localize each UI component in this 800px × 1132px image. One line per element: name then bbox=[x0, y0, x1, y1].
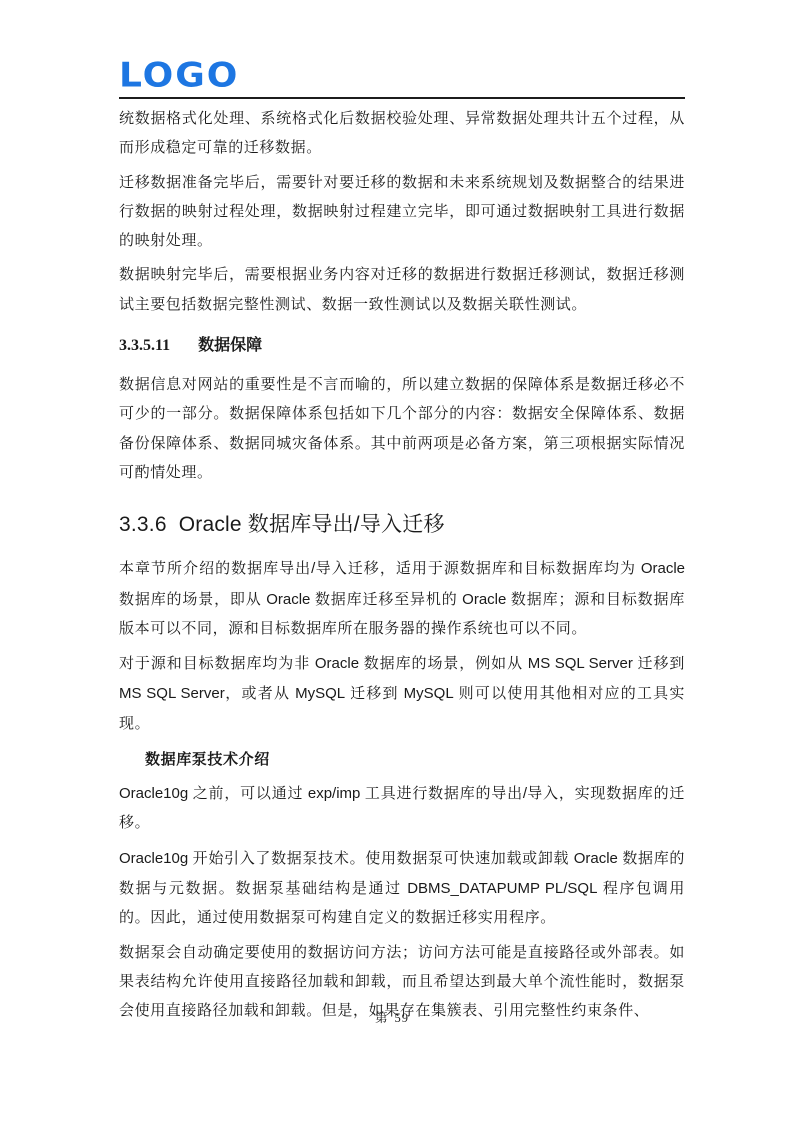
company-logo: LOGO bbox=[119, 58, 685, 94]
subheading-datapump-intro: 数据库泵技术介绍 bbox=[119, 749, 685, 771]
paragraph-migration-testing: 数据映射完毕后，需要根据业务内容对迁移的数据进行数据迁移测试，数据迁移测试主要包… bbox=[119, 261, 685, 320]
paragraph-oracle-scope: 本章节所介绍的数据库导出/导入迁移，适用于源数据库和目标数据库均为 Oracle… bbox=[119, 554, 685, 644]
paragraph-data-protection: 数据信息对网站的重要性是不言而喻的，所以建立数据的保障体系是数据迁移必不可少的一… bbox=[119, 371, 685, 488]
page-content: LOGO 统数据格式化处理、系统格式化后数据校验处理、异常数据处理共计五个过程，… bbox=[119, 57, 685, 1031]
section-number: 3.3.6 bbox=[119, 513, 167, 536]
heading-oracle-migration: 3.3.6Oracle 数据库导出/导入迁移 bbox=[119, 510, 685, 540]
paragraph-datapump-tech: Oracle10g 开始引入了数据泵技术。使用数据泵可快速加载或卸载 Oracl… bbox=[119, 844, 685, 934]
header-divider bbox=[119, 97, 685, 99]
page-number: 59 bbox=[395, 1011, 410, 1025]
section-number: 3.3.5.11 bbox=[119, 337, 170, 354]
paragraph-format-process: 统数据格式化处理、系统格式化后数据校验处理、异常数据处理共计五个过程，从而形成稳… bbox=[119, 105, 685, 164]
section-title: Oracle 数据库导出/导入迁移 bbox=[179, 513, 445, 536]
paragraph-data-mapping: 迁移数据准备完毕后，需要针对要迁移的数据和未来系统规划及数据整合的结果进行数据的… bbox=[119, 169, 685, 257]
section-title: 数据保障 bbox=[198, 337, 262, 354]
paragraph-exp-imp: Oracle10g 之前，可以通过 exp/imp 工具进行数据库的导出/导入，… bbox=[119, 779, 685, 839]
paragraph-non-oracle-tools: 对于源和目标数据库均为非 Oracle 数据库的场景，例如从 MS SQL Se… bbox=[119, 649, 685, 739]
heading-data-protection: 3.3.5.11数据保障 bbox=[119, 335, 685, 357]
document-page: LOGO 统数据格式化处理、系统格式化后数据校验处理、异常数据处理共计五个过程，… bbox=[0, 0, 800, 1132]
page-footer: 第59 bbox=[0, 1008, 784, 1026]
footer-label: 第 bbox=[375, 1011, 389, 1025]
